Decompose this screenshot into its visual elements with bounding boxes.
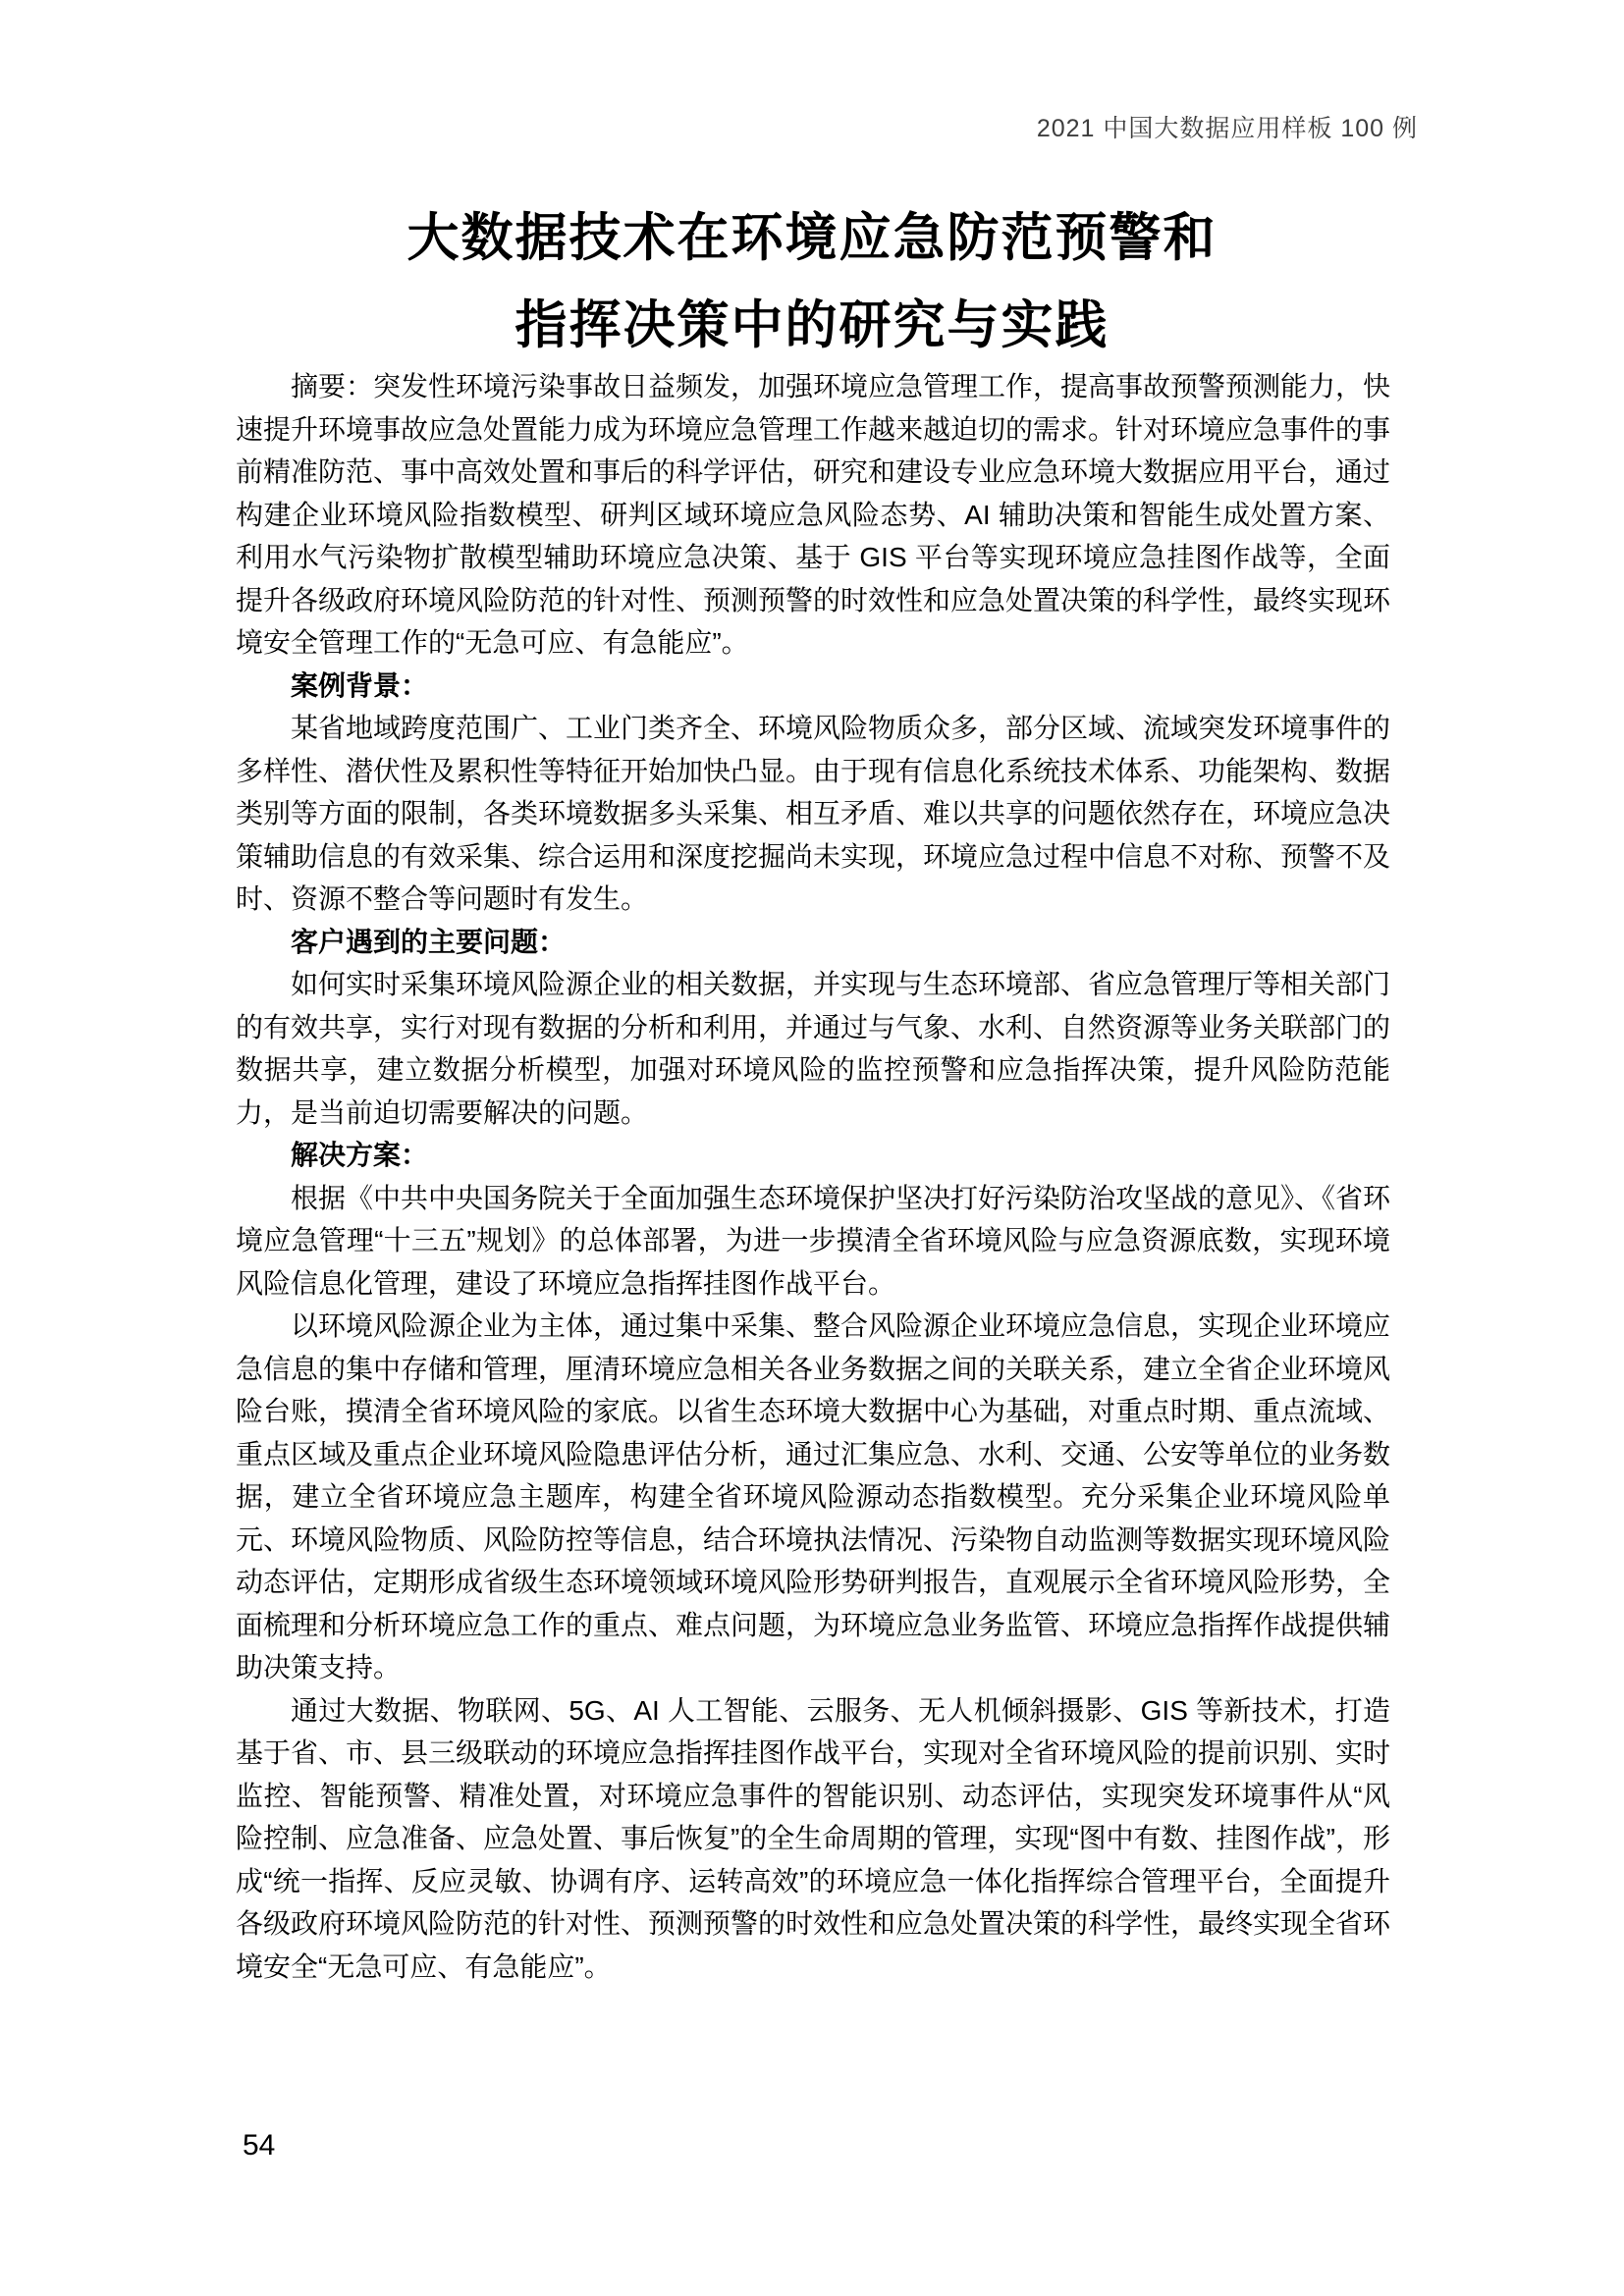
case-background-paragraph: 某省地域跨度范围广、工业门类齐全、环境风险物质众多，部分区域、流域突发环境事件的…: [236, 707, 1390, 921]
running-header: 2021 中国大数据应用样板 100 例: [1037, 114, 1418, 143]
document-title-line-2: 指挥决策中的研究与实践: [0, 282, 1624, 369]
section-heading-solution: 解决方案：: [236, 1134, 1390, 1177]
document-title: 大数据技术在环境应急防范预警和 指挥决策中的研究与实践: [0, 194, 1624, 369]
abstract-paragraph: 摘要：突发性环境污染事故日益频发，加强环境应急管理工作，提高事故预警预测能力，快…: [236, 365, 1390, 665]
page-number: 54: [243, 2128, 275, 2163]
solution-paragraph-2: 以环境风险源企业为主体，通过集中采集、整合风险源企业环境应急信息，实现企业环境应…: [236, 1305, 1390, 1689]
customer-problems-paragraph: 如何实时采集环境风险源企业的相关数据，并实现与生态环境部、省应急管理厅等相关部门…: [236, 963, 1390, 1134]
document-page: 2021 中国大数据应用样板 100 例 大数据技术在环境应急防范预警和 指挥决…: [0, 0, 1624, 2296]
section-heading-customer-problems: 客户遇到的主要问题：: [236, 921, 1390, 964]
document-body: 摘要：突发性环境污染事故日益频发，加强环境应急管理工作，提高事故预警预测能力，快…: [236, 365, 1390, 1988]
solution-paragraph-3: 通过大数据、物联网、5G、AI 人工智能、云服务、无人机倾斜摄影、GIS 等新技…: [236, 1689, 1390, 1989]
section-heading-case-background: 案例背景：: [236, 665, 1390, 708]
solution-paragraph-1: 根据《中共中央国务院关于全面加强生态环境保护坚决打好污染防治攻坚战的意见》、《省…: [236, 1177, 1390, 1306]
document-title-line-1: 大数据技术在环境应急防范预警和: [0, 194, 1624, 282]
